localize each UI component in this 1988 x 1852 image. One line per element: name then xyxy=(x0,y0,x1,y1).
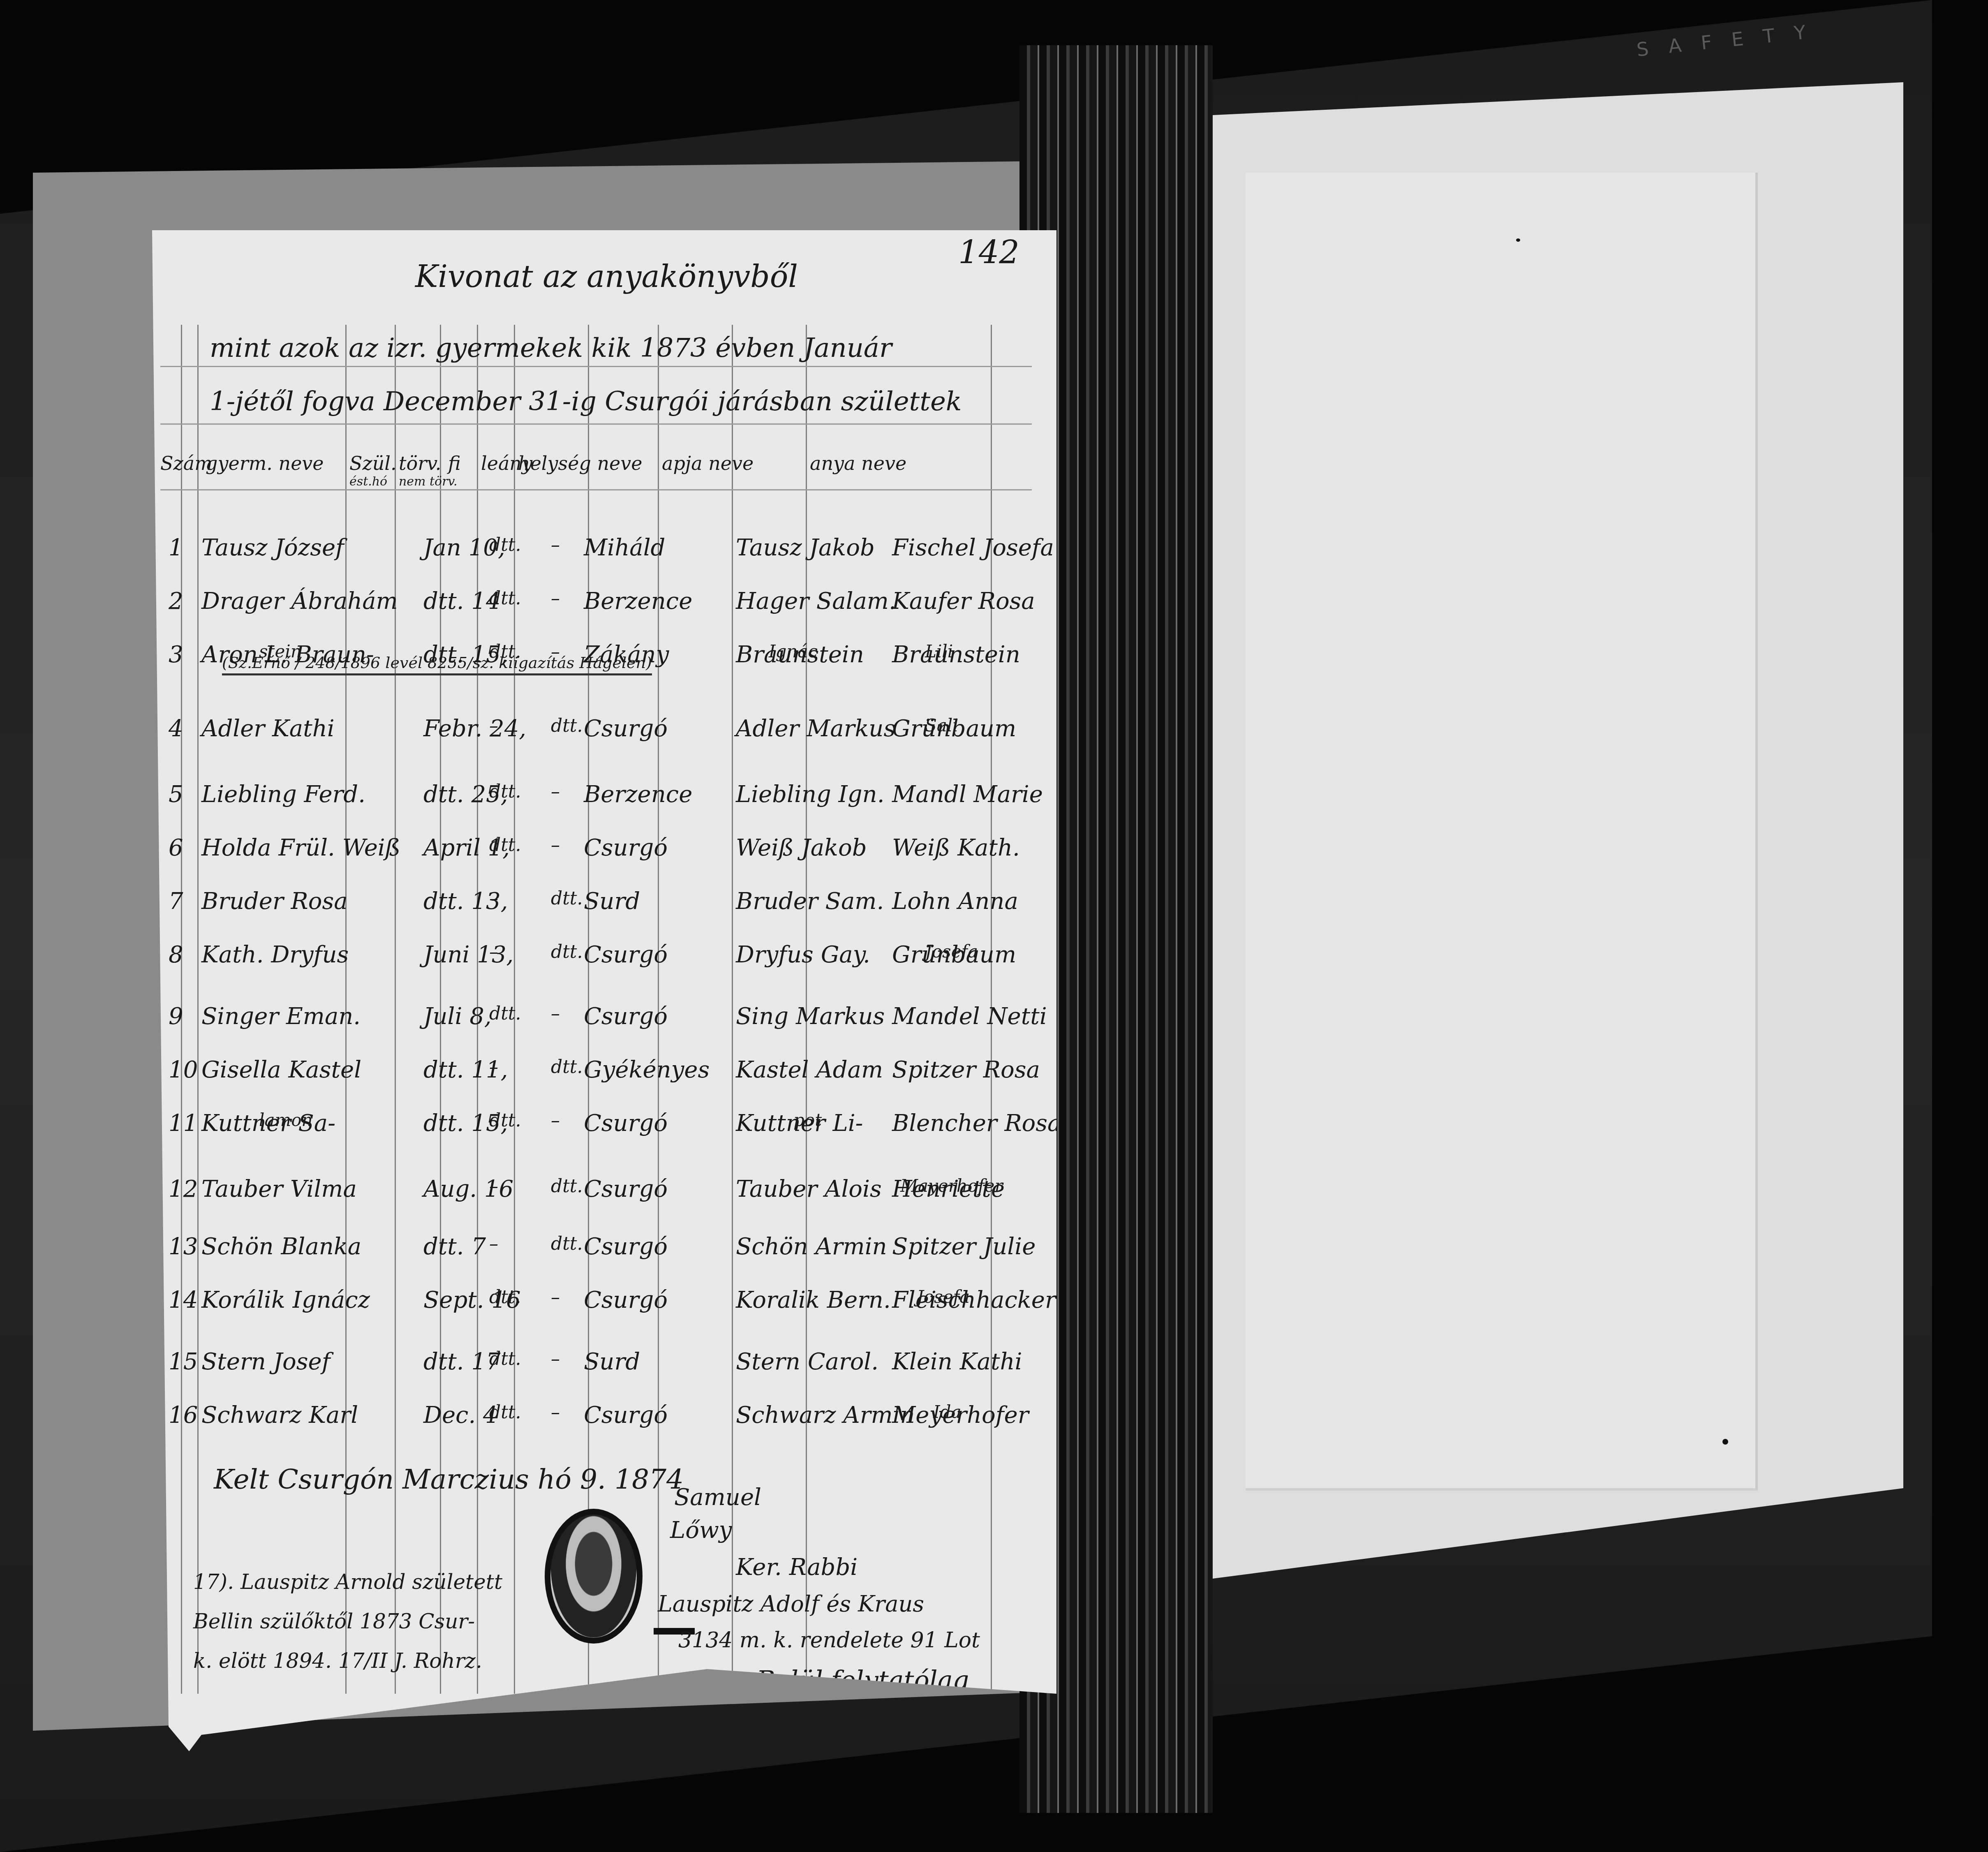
register-row: 4Adler KathiFebr. 24,–dtt.CsurgóAdler Ma… xyxy=(152,715,1036,765)
column-header-boy: fi xyxy=(448,452,461,474)
column-header-number: Szám xyxy=(160,452,213,474)
annotation-line: 3134 m. k. rendelete 91 Lot xyxy=(678,1628,980,1653)
document-subtitle: 1-jétől fogva December 31-ig Csurgói jár… xyxy=(210,386,962,417)
register-row: 7Bruder Rosadtt. 13,–dtt.SurdBruder Sam.… xyxy=(152,888,1036,937)
register-row: 2Drager Ábrahámdtt. 14dtt.–BerzenceHager… xyxy=(152,588,1036,637)
register-row: 5Liebling Ferd.dtt. 25,dtt.–BerzenceLieb… xyxy=(152,781,1036,830)
dust-speck xyxy=(1722,1439,1728,1445)
column-header-mother: anya neve xyxy=(810,452,906,474)
column-header-child-name: gyerm. neve xyxy=(206,452,324,474)
register-row: 6Holda Frül. WeißApril 1,dtt.–CsurgóWeiß… xyxy=(152,835,1036,884)
column-header-place: helység neve xyxy=(518,452,643,474)
signature-first-name: Samuel xyxy=(674,1484,761,1511)
column-header-birth-month: Szül.ést.hó xyxy=(349,452,397,489)
document-subtitle: mint azok az izr. gyermekek kik 1873 évb… xyxy=(210,333,892,363)
addendum-line: Bellin szülőktől 1873 Csur- xyxy=(193,1602,502,1641)
register-row: 9Singer Eman.Juli 8,dtt.–CsurgóSing Mark… xyxy=(152,1003,1036,1052)
addendum-line: k. elött 1894. 17/II J. Rohrz. xyxy=(193,1641,502,1681)
dated-line: Kelt Csurgón Marczius hó 9. 1874 xyxy=(214,1464,684,1495)
register-row: 12Tauber VilmaAug. 16–dtt.CsurgóTauber A… xyxy=(152,1176,1036,1225)
annotation-line: Lauspitz Adolf és Kraus xyxy=(658,1591,924,1617)
column-header-father: apja neve xyxy=(662,452,754,474)
document-title: Kivonat az anyakönyvből xyxy=(415,259,798,294)
signature-title: Ker. Rabbi xyxy=(736,1554,858,1581)
addendum-line: 17). Lauspitz Arnold született xyxy=(193,1562,502,1602)
register-sheet: 142 Kivonat az anyakönyvből mint azok az… xyxy=(152,230,1056,1751)
addendum-note: 17). Lauspitz Arnold született Bellin sz… xyxy=(193,1562,502,1681)
rabbinate-seal xyxy=(545,1509,643,1644)
register-row: 10Gisella Kasteldtt. 11,–dtt.GyékényesKa… xyxy=(152,1057,1036,1106)
page-number: 142 xyxy=(958,234,1019,271)
rule-line xyxy=(160,423,1032,425)
register-row: 14Korálik IgnáczSept. 16dtt.–CsurgóKoral… xyxy=(152,1287,1036,1336)
dust-speck xyxy=(1516,238,1520,242)
register-row: 15Stern Josefdtt. 17dtt.–SurdStern Carol… xyxy=(152,1348,1036,1398)
rule-line xyxy=(160,489,1032,490)
blank-right-page-insert xyxy=(1246,173,1758,1491)
register-row: 1Tausz JózsefJan 10,dtt.–MiháldTausz Jak… xyxy=(152,534,1036,584)
signature-surname: Lőwy xyxy=(670,1517,732,1544)
register-row: 8Kath. DryfusJuni 13,–dtt.CsurgóDryfus G… xyxy=(152,941,1036,991)
register-row: 3Aron L. Braun-dtt. 15,dtt.–ZákányBrauns… xyxy=(152,641,1036,691)
register-row: 11Kuttner Sa-dtt. 15,dtt.–CsurgóKuttner … xyxy=(152,1110,1036,1159)
rule-line xyxy=(160,366,1032,367)
register-row: 13Schön Blankadtt. 7–dtt.CsurgóSchön Arm… xyxy=(152,1233,1036,1283)
register-row: 16Schwarz KarlDec. 4dtt.–CsurgóSchwarz A… xyxy=(152,1402,1036,1451)
